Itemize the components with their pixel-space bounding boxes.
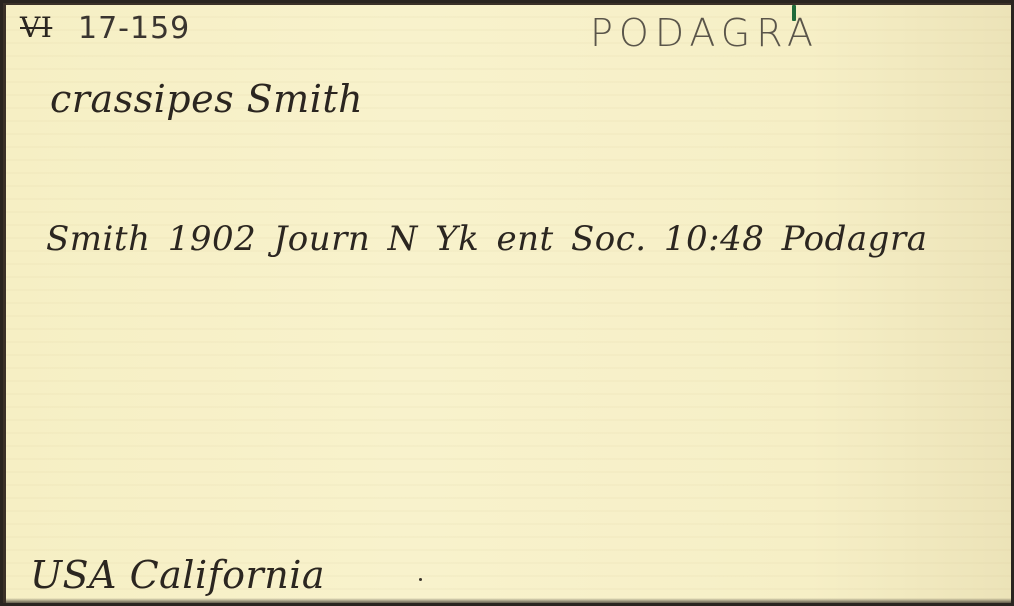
- specimen-index-card: VI 17-159 PODAGRA crassipes Smith Smith …: [3, 3, 1011, 603]
- green-tab-mark: [792, 5, 796, 21]
- catalog-number: 17-159: [78, 11, 190, 46]
- literature-citation: Smith 1902 Journ N Yk ent Soc. 10:48 Pod…: [46, 219, 927, 259]
- species-name: crassipes Smith: [50, 77, 363, 121]
- genus-header: PODAGRA: [590, 11, 819, 55]
- ink-speck: [419, 578, 422, 581]
- card-edge-shadow: [6, 598, 1011, 603]
- catalog-prefix-struck: VI: [20, 11, 52, 44]
- locality: USA California: [30, 553, 325, 597]
